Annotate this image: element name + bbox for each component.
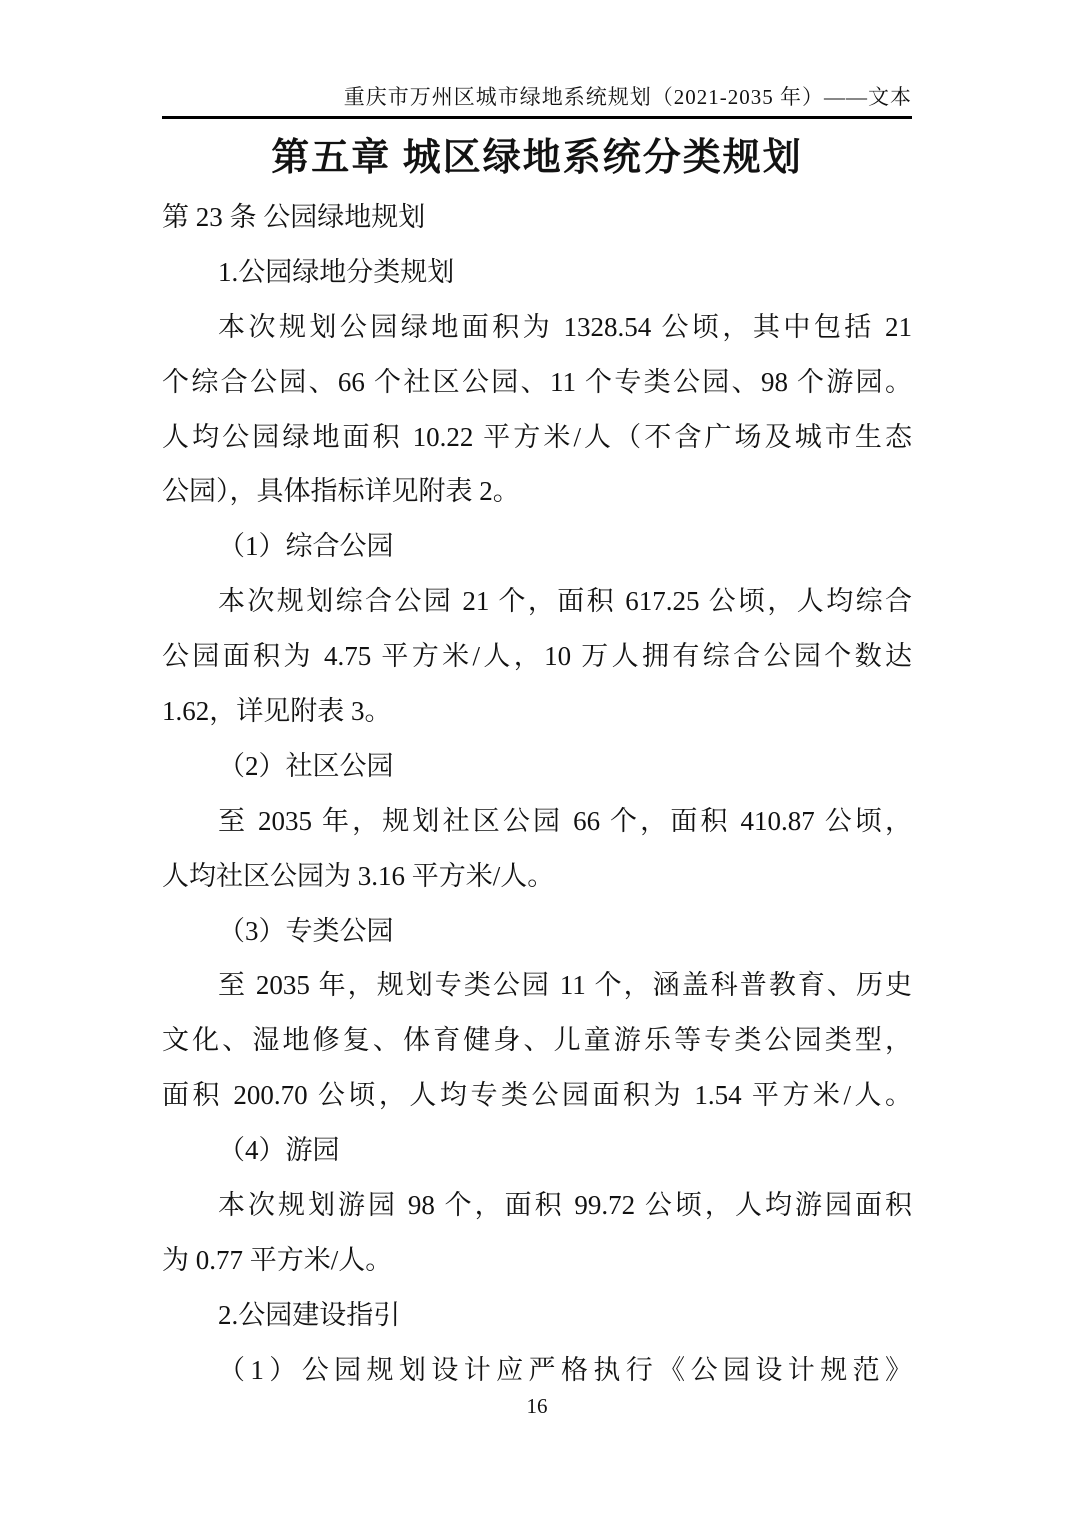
chapter-title: 第五章 城区绿地系统分类规划 (162, 133, 912, 183)
page-number: 16 (0, 1392, 1074, 1420)
page-header: 重庆市万州区城市绿地系统规划（2021-2035 年）——文本 (162, 84, 912, 119)
text-line: 个综合公园、66 个社区公园、11 个专类公园、98 个游园。 (162, 355, 912, 410)
text-line: 人均公园绿地面积 10.22 平方米/人（不含广场及城市生态 (162, 410, 912, 465)
document-page: 重庆市万州区城市绿地系统规划（2021-2035 年）——文本 第五章 城区绿地… (0, 0, 1074, 1520)
text-line: 本次规划综合公园 21 个，面积 617.25 公顷，人均综合 (162, 574, 912, 629)
text-line: 公园），具体指标详见附表 2。 (162, 464, 912, 519)
text-line: （3）专类公园 (162, 904, 912, 959)
header-title: 重庆市万州区城市绿地系统规划（2021-2035 年）——文本 (344, 85, 912, 109)
text-line: 第 23 条 公园绿地规划 (162, 190, 912, 245)
text-line: 至 2035 年，规划专类公园 11 个，涵盖科普教育、历史 (162, 958, 912, 1013)
text-line: 1.62，详见附表 3。 (162, 684, 912, 739)
text-line: 公园面积为 4.75 平方米/人，10 万人拥有综合公园个数达 (162, 629, 912, 684)
text-line: 本次规划游园 98 个，面积 99.72 公顷，人均游园面积 (162, 1178, 912, 1233)
text-line: （1）公园规划设计应严格执行《公园设计规范》 (162, 1343, 912, 1398)
text-line: 本次规划公园绿地面积为 1328.54 公顷，其中包括 21 (162, 300, 912, 355)
text-line: 至 2035 年，规划社区公园 66 个，面积 410.87 公顷， (162, 794, 912, 849)
text-line: 为 0.77 平方米/人。 (162, 1233, 912, 1288)
text-line: 文化、湿地修复、体育健身、儿童游乐等专类公园类型， (162, 1013, 912, 1068)
text-line: 1.公园绿地分类规划 (162, 245, 912, 300)
document-body: 第 23 条 公园绿地规划1.公园绿地分类规划本次规划公园绿地面积为 1328.… (162, 190, 912, 1398)
text-line: 面积 200.70 公顷，人均专类公园面积为 1.54 平方米/人。 (162, 1068, 912, 1123)
text-line: 人均社区公园为 3.16 平方米/人。 (162, 849, 912, 904)
text-line: （2）社区公园 (162, 739, 912, 794)
text-line: 2.公园建设指引 (162, 1288, 912, 1343)
text-line: （4）游园 (162, 1123, 912, 1178)
text-line: （1）综合公园 (162, 519, 912, 574)
